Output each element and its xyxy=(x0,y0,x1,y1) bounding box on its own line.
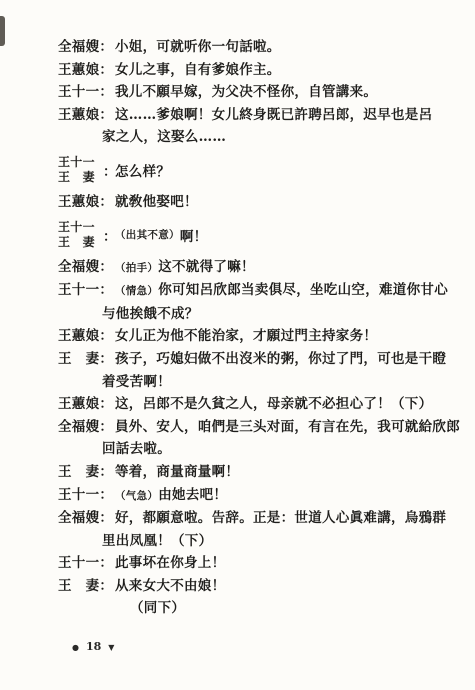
stage-note: （出其不意） xyxy=(115,227,180,242)
speaker-label-stack: 王十一王 妻 xyxy=(58,155,103,185)
dialogue-text: 从来女大不由娘！ xyxy=(115,575,225,598)
speaker-label: 王蕙娘： xyxy=(58,393,115,416)
dialogue-continuation: 家之人，这娶么…… xyxy=(58,126,458,149)
dialogue-text: 女儿正为他不能治家，才願过門主持家务！ xyxy=(115,325,377,348)
speaker-label: 王 妻： xyxy=(58,575,115,598)
stage-direction-text: （同下） xyxy=(130,597,185,620)
speaker-colon: ： xyxy=(103,225,115,245)
dialogue-text: 員外、安人，咱們是三头对面，有言在先，我可就給欣郎 xyxy=(115,416,460,439)
speaker-label: 王十一： xyxy=(58,552,115,575)
speaker-label-stack: 王十一王 妻 xyxy=(58,220,103,250)
dialogue-text: 这，呂郎不是久貧之人，母亲就不必担心了！（下） xyxy=(115,393,432,416)
dialogue-text: 女儿之事，自有爹娘作主。 xyxy=(115,59,281,82)
dialogue-text: 等着，商量商量啊！ xyxy=(115,461,239,484)
dialogue-text: 小姐，可就听你一句話啦。 xyxy=(115,36,281,59)
dialogue-line: 王 妻：孩子，巧媳妇做不出沒米的粥，你过了門，可也是干瞪 xyxy=(58,348,458,371)
speaker-label-bottom: 王 妻 xyxy=(58,170,103,185)
dialogue-line-dual-speaker: 王十一王 妻：怎么样？ xyxy=(58,149,458,191)
dialogue-text: 由她去吧！ xyxy=(158,484,227,507)
speaker-label: 王蕙娘： xyxy=(58,191,115,214)
dialogue-line: 王 妻：等着，商量商量啊！ xyxy=(58,461,458,484)
dialogue-line: 王蕙娘：这，呂郎不是久貧之人，母亲就不必担心了！（下） xyxy=(58,393,458,416)
dialogue-line: 王蕙娘：这……爹娘啊！女儿終身既已許聘呂郎，迟早也是呂 xyxy=(58,104,458,127)
dialogue-line: 王蕙娘：女儿正为他不能治家，才願过門主持家务！ xyxy=(58,325,458,348)
stage-note: （气急） xyxy=(115,485,158,508)
stage-note: （拍手） xyxy=(115,257,158,280)
dialogue-line: 全福嫂：小姐，可就听你一句話啦。 xyxy=(58,36,458,59)
dialogue-line: 王蕙娘：就敎他娶吧！ xyxy=(58,191,458,214)
speaker-label: 全福嫂： xyxy=(58,507,115,530)
dialogue-line: 全福嫂：好，都願意啦。告辞。正是：世道人心眞难講，烏鴉群 xyxy=(58,507,458,530)
footer-right-triangle-icon: ▼ xyxy=(108,642,114,652)
dialogue-text: 里出凤凰！（下） xyxy=(102,530,212,553)
dialogue-line: 王十一：此事坏在你身上！ xyxy=(58,552,458,575)
scan-edge-artifact xyxy=(0,16,5,46)
dialogue-text: 就敎他娶吧！ xyxy=(115,191,198,214)
speaker-label-bottom: 王 妻 xyxy=(58,235,103,250)
footer-left-dot-icon: ● xyxy=(72,642,79,652)
dialogue-continuation: 着受苦啊！ xyxy=(58,371,458,394)
dialogue-text: 此事坏在你身上！ xyxy=(115,552,225,575)
dialogue-text: 与他挨餓不成？ xyxy=(102,303,199,326)
dialogue-line: 王 妻：从来女大不由娘！ xyxy=(58,575,458,598)
page-footer: ● 18 ▼ xyxy=(72,640,114,653)
stage-direction: （同下） xyxy=(58,597,458,620)
dialogue-continuation: 回話去啦。 xyxy=(58,438,458,461)
dialogue-line: 王十一：（情急）你可知呂欣郎当卖俱尽，坐吃山空，难道你甘心 xyxy=(58,279,458,303)
dialogue-line: 全福嫂：（拍手）这不就得了嘛！ xyxy=(58,256,458,280)
dialogue-text: 这不就得了嘛！ xyxy=(158,256,255,279)
speaker-colon: ： xyxy=(103,160,115,180)
speaker-label: 王 妻： xyxy=(58,461,115,484)
script-content: 全福嫂：小姐，可就听你一句話啦。王蕙娘：女儿之事，自有爹娘作主。王十一：我儿不願… xyxy=(58,36,458,620)
dialogue-text: 家之人，这娶么…… xyxy=(102,126,226,149)
speaker-label-top: 王十一 xyxy=(58,155,103,170)
dialogue-text: 好，都願意啦。告辞。正是：世道人心眞难講，烏鴉群 xyxy=(115,507,446,530)
speaker-label: 王蕙娘： xyxy=(58,325,115,348)
scanned-script-page: 全福嫂：小姐，可就听你一句話啦。王蕙娘：女儿之事，自有爹娘作主。王十一：我儿不願… xyxy=(0,0,475,690)
speaker-label: 全福嫂： xyxy=(58,416,115,439)
dialogue-line: 王十一：我儿不願早嫁，为父决不怪你，自管講来。 xyxy=(58,81,458,104)
dialogue-line-dual-speaker: 王十一王 妻：（出其不意）啊！ xyxy=(58,214,458,256)
dialogue-text: 你可知呂欣郎当卖俱尽，坐吃山空，难道你甘心 xyxy=(158,279,448,302)
speaker-label: 全福嫂： xyxy=(58,256,115,279)
dialogue-text: 怎么样？ xyxy=(115,160,170,180)
speaker-label: 王十一： xyxy=(58,81,115,104)
dialogue-line: 王十一：（气急）由她去吧！ xyxy=(58,484,458,508)
speaker-label: 王十一： xyxy=(58,279,115,302)
dialogue-continuation: 与他挨餓不成？ xyxy=(58,303,458,326)
speaker-label: 王 妻： xyxy=(58,348,115,371)
dialogue-line: 全福嫂：員外、安人，咱們是三头对面，有言在先，我可就給欣郎 xyxy=(58,416,458,439)
speaker-label: 王十一： xyxy=(58,484,115,507)
dialogue-text: 我儿不願早嫁，为父决不怪你，自管講来。 xyxy=(115,81,377,104)
stage-note: （情急） xyxy=(115,280,158,303)
speaker-label: 王蕙娘： xyxy=(58,59,115,82)
dialogue-text: 着受苦啊！ xyxy=(102,371,171,394)
dialogue-text: 啊！ xyxy=(180,225,208,245)
dialogue-text: 这……爹娘啊！女儿終身既已許聘呂郎，迟早也是呂 xyxy=(115,104,432,127)
speaker-label: 王蕙娘： xyxy=(58,104,115,127)
dialogue-line: 王蕙娘：女儿之事，自有爹娘作主。 xyxy=(58,59,458,82)
page-number: 18 xyxy=(86,640,101,653)
dialogue-text: 孩子，巧媳妇做不出沒米的粥，你过了門，可也是干瞪 xyxy=(115,348,446,371)
dialogue-text: 回話去啦。 xyxy=(102,438,171,461)
speaker-label-top: 王十一 xyxy=(58,220,103,235)
speaker-label: 全福嫂： xyxy=(58,36,115,59)
dialogue-continuation: 里出凤凰！（下） xyxy=(58,530,458,553)
